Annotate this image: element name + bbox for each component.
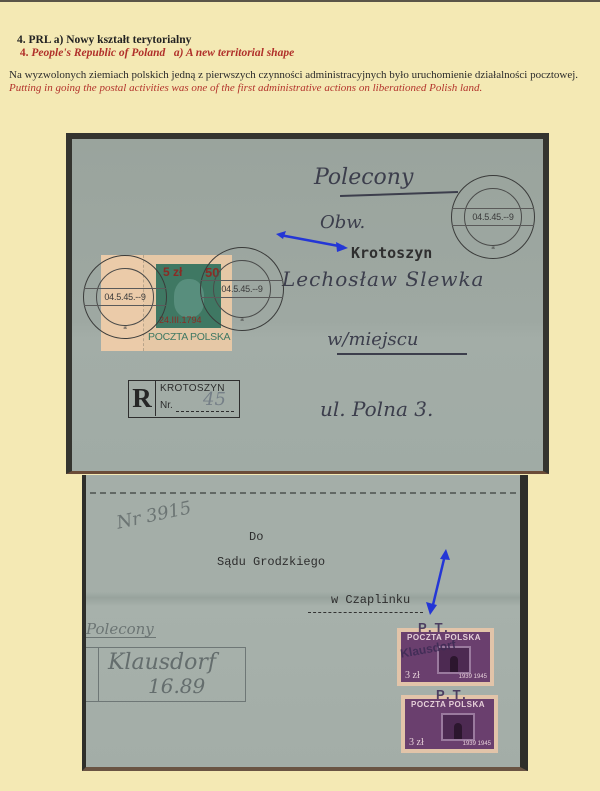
place: w Czaplinku [331, 593, 410, 607]
underline [340, 191, 458, 197]
heading-polish: 4. PRL a) Nowy kształt terytorialny [17, 34, 294, 47]
cancel-town: Krotoszyn [351, 244, 432, 262]
recipient: Sądu Grodzkiego [217, 555, 325, 569]
registration-label: R KROTOSZYN Nr. 45 [128, 380, 240, 418]
intro-text: Na wyzwolonych ziemiach polskich jedną z… [9, 69, 594, 94]
registered-note: Polecony [314, 165, 413, 190]
heading-english: 4. People's Republic of Poland a) A new … [17, 47, 294, 60]
pencil-box: Klausdorf 16.89 [86, 647, 246, 702]
address-line-3: w/miejscu [327, 329, 418, 350]
overprint: P.T. [418, 620, 451, 635]
intro-polish: Na wyzwolonych ziemiach polskich jedną z… [9, 69, 594, 82]
page-heading: 4. PRL a) Nowy kształt terytorialny 4. P… [17, 34, 294, 60]
pencil-note: Nr 3915 [115, 497, 194, 533]
arrow-icon [425, 547, 451, 617]
postmark: 04.5.45.--9 a [83, 255, 167, 339]
top-border [0, 0, 600, 2]
underline [337, 353, 467, 355]
intro-english: Putting in going the postal activities w… [9, 82, 594, 95]
gate-illustration [441, 713, 475, 741]
addressee: Lechosław Slewka [282, 267, 484, 291]
postmark: 04.5.45.--9 a [451, 175, 535, 259]
stamp-purple: POCZTA POLSKA 3 zł 1939 1945 [401, 695, 498, 753]
overprint: P.T. [436, 687, 469, 702]
dashed-line [90, 492, 516, 494]
underline [308, 612, 423, 613]
to-label: Do [249, 530, 263, 544]
postmark: 04.5.45.--9 a [200, 247, 284, 331]
pencil-note-left: Polecony [86, 620, 154, 638]
street: ul. Polna 3. [320, 397, 433, 421]
arrow-icon [274, 230, 350, 254]
